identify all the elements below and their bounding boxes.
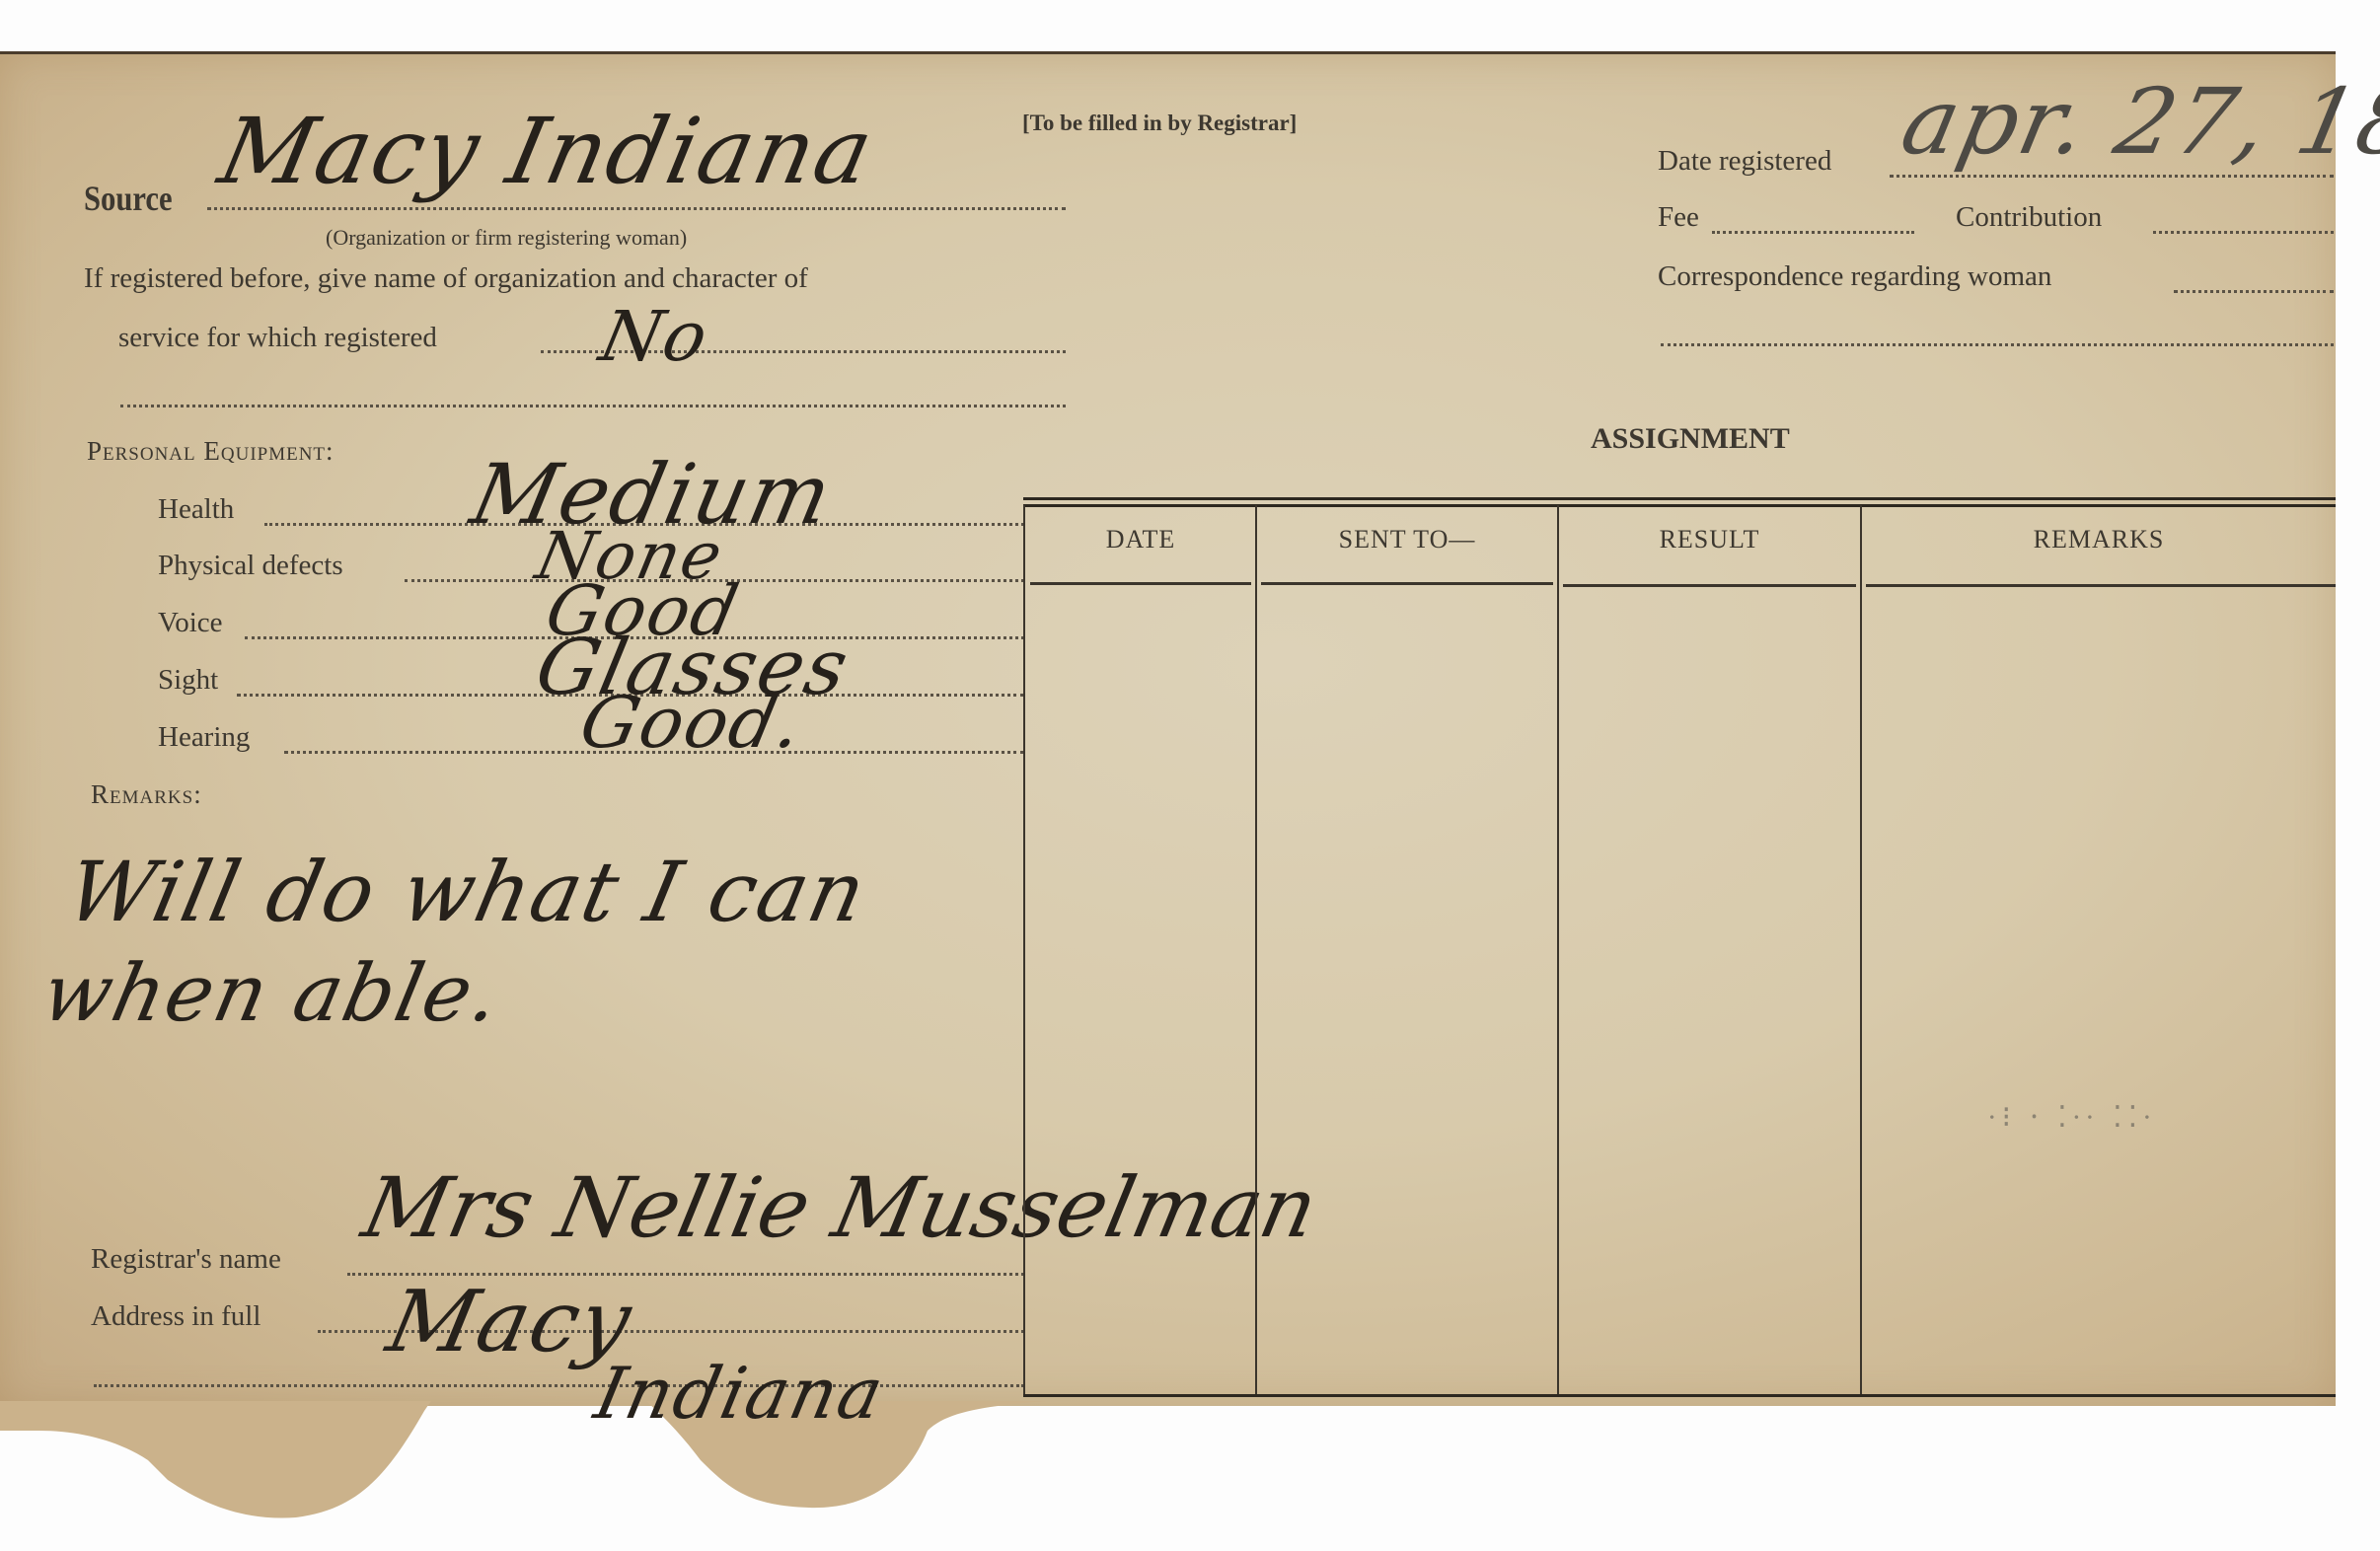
voice-label: Voice: [158, 607, 223, 639]
fee-label: Fee: [1658, 201, 1699, 234]
registered-before-label-2: service for which registered: [118, 322, 437, 354]
source-label: Source: [84, 178, 173, 219]
source-line: [207, 207, 1066, 210]
contribution-line: [2153, 231, 2334, 234]
table-left-border: [1023, 505, 1025, 1395]
table-top-rule-2: [1023, 504, 2336, 507]
registrar-note: [To be filled in by Registrar]: [1022, 111, 1297, 136]
registered-before-value[interactable]: No: [593, 296, 716, 377]
correspondence-line: [2174, 290, 2334, 293]
address-label: Address in full: [91, 1300, 260, 1333]
header-underline-result: [1563, 584, 1856, 587]
address-value-2[interactable]: Indiana: [588, 1352, 892, 1435]
sight-label: Sight: [158, 664, 218, 697]
personal-equipment-label: Personal Equipment:: [87, 436, 335, 467]
header-underline-remarks: [1866, 584, 2336, 587]
assignment-title: ASSIGNMENT: [1591, 422, 1790, 456]
hearing-value[interactable]: Good.: [573, 681, 811, 764]
header-underline-date: [1030, 582, 1251, 585]
remarks-label: Remarks:: [91, 779, 202, 810]
ink-smudge: ∙⁝ ⸱ ⁚∙∙ ⁚⁚∙: [1988, 1095, 2157, 1136]
column-header-date: DATE: [1026, 525, 1255, 554]
source-caption: (Organization or firm registering woman): [326, 225, 687, 251]
registrar-name-label: Registrar's name: [91, 1243, 281, 1276]
date-registered-line: [1890, 175, 2334, 178]
assignment-rows: [1026, 588, 2336, 1392]
registered-before-line-2: [120, 405, 1066, 407]
date-registered-label: Date registered: [1658, 145, 1831, 178]
remarks-line-2[interactable]: when able.: [35, 947, 509, 1039]
address-value-1[interactable]: Macy: [379, 1273, 640, 1371]
table-top-rule: [1023, 497, 2336, 500]
header-underline-sent-to: [1261, 582, 1553, 585]
column-header-remarks: REMARKS: [1862, 525, 2336, 554]
registered-before-label: If registered before, give name of organ…: [84, 262, 808, 295]
hearing-label: Hearing: [158, 721, 250, 754]
table-bottom-rule: [1023, 1394, 2336, 1397]
column-header-result: RESULT: [1559, 525, 1860, 554]
fee-line: [1712, 231, 1914, 234]
remarks-line-1[interactable]: Will do what I can: [59, 844, 876, 940]
physical-defects-label: Physical defects: [158, 550, 343, 582]
date-registered-value[interactable]: apr. 27, 18: [1894, 69, 2380, 175]
card-scalloped-edge: [0, 1401, 1076, 1551]
correspondence-label: Correspondence regarding woman: [1658, 260, 2051, 293]
contribution-label: Contribution: [1956, 201, 2102, 234]
correspondence-line-2: [1661, 343, 2334, 346]
source-value[interactable]: Macy Indiana: [211, 99, 883, 204]
column-header-sent-to: SENT TO—: [1257, 525, 1557, 554]
health-label: Health: [158, 493, 234, 526]
